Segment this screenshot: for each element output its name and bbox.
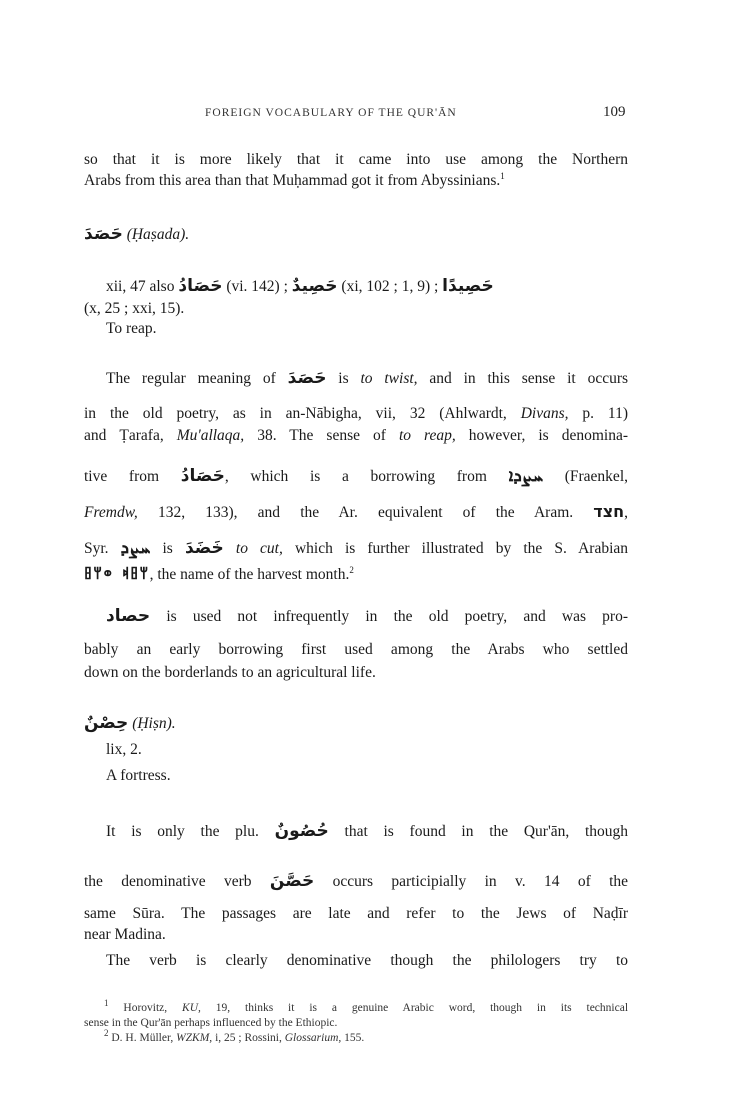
entry-gloss: To reap. xyxy=(106,319,650,339)
text-span: The regular meaning of xyxy=(106,370,276,387)
paragraph-line: 𐩢𐩳𐩵 𐩥𐩢𐩳, the name of the harvest month.2 xyxy=(84,565,628,585)
page-number: 109 xyxy=(603,104,626,121)
intro-line-2: Arabs from this area than that Muḥammad … xyxy=(84,171,628,191)
paragraph-line: حصاد is used not infrequently in the old… xyxy=(106,606,628,627)
text-span: and in this sense it occurs xyxy=(429,370,628,387)
entry-references: lix, 2. xyxy=(106,740,650,760)
text-span: which is further illustrated by the S. A… xyxy=(295,540,628,557)
footnote-2: 2 D. H. Müller, WZKM, i, 25 ; Rossini, G… xyxy=(104,1031,648,1045)
text-span: حَصَادُ xyxy=(178,276,222,296)
paragraph-line: in the old poetry, as in an-Nābigha, vii… xyxy=(84,404,628,424)
text-span: حَصَادُ xyxy=(181,466,225,486)
text-span: is xyxy=(338,370,348,387)
headword-transliteration: (Ḥaṣada). xyxy=(127,226,189,243)
text-span: 38. The sense of xyxy=(257,427,386,444)
text-span: 2 xyxy=(104,1028,109,1038)
paragraph-line: the denominative verb حَصَّنَ occurs par… xyxy=(84,871,628,892)
text-span: occurs participially in v. 14 of the xyxy=(333,873,628,890)
paragraph-line: and Ṭarafa, Mu'allaqa, 38. The sense of … xyxy=(84,426,628,446)
entry-gloss: A fortress. xyxy=(106,766,650,786)
text-span: حصاد xyxy=(106,606,150,626)
text-span: حَصِيدٌ xyxy=(292,276,338,296)
text-span: in the old poetry, as in an-Nābigha, vii… xyxy=(84,405,507,422)
paragraph-line: The regular meaning of حَصَدَ is to twis… xyxy=(106,368,628,389)
text-span: It is only the plu. xyxy=(106,823,259,840)
paragraph-line: Fremdw, 132, 133), and the Ar. equivalen… xyxy=(84,502,628,523)
text-span: KU, xyxy=(182,1002,201,1014)
text-span: ܚܨܕ xyxy=(121,538,151,558)
text-span: 19, thinks it is a genuine Arabic word, … xyxy=(216,1002,628,1014)
paragraph-line: near Madina. xyxy=(84,925,628,945)
headword-arabic: حِصْنٌ xyxy=(84,713,128,733)
book-page: FOREIGN VOCABULARY OF THE QUR'ĀN 109 so … xyxy=(0,0,735,1104)
text-span: (xi, 102 ; 1, 9) ; xyxy=(341,278,438,295)
footnote-1-cont: sense in the Qur'ān perhaps influenced b… xyxy=(84,1016,628,1030)
text-span: to twist, xyxy=(360,370,417,387)
entry-headword: حَصَدَ (Ḥaṣada). xyxy=(84,224,628,245)
text-span: is used not infrequently in the old poet… xyxy=(166,608,628,625)
text-span: D. H. Müller, xyxy=(111,1032,173,1044)
text-span: , the name of the harvest month. xyxy=(150,566,350,583)
text-span: is xyxy=(163,540,173,557)
text-span: tive from xyxy=(84,468,159,485)
text-span: Divans, xyxy=(521,405,569,422)
text-span: حَصِيدًا xyxy=(442,276,494,296)
text-span: WZKM, xyxy=(176,1032,212,1044)
text-span: Fremdw, xyxy=(84,504,138,521)
text-span: 1 xyxy=(104,998,109,1008)
text-span: 132, 133), and the Ar. equivalent of the… xyxy=(158,504,573,521)
footnote-ref[interactable]: 2 xyxy=(349,565,354,575)
text-span: خَضَدَ xyxy=(185,538,224,558)
text-span: Horovitz, xyxy=(123,1002,167,1014)
headword-transliteration: (Ḥiṣn). xyxy=(132,715,175,732)
text-span: 155. xyxy=(344,1032,364,1044)
text-span: Mu'allaqa, xyxy=(177,427,244,444)
text-span: حُصُونٌ xyxy=(275,821,329,841)
text-span: to reap, xyxy=(399,427,456,444)
text-span: however, is denomina- xyxy=(469,427,628,444)
paragraph-line: The verb is clearly denominative though … xyxy=(106,951,628,971)
text-span: חצד xyxy=(593,502,624,521)
text-span: p. 11) xyxy=(582,405,628,422)
entry-references: xii, 47 also حَصَادُ (vi. 142) ; حَصِيدٌ… xyxy=(106,276,628,297)
entry-headword: حِصْنٌ (Ḥiṣn). xyxy=(84,713,628,734)
text-span: and Ṭarafa, xyxy=(84,427,164,444)
text-span: so that it is more likely that it came i… xyxy=(84,151,628,168)
text-span: (Fraenkel, xyxy=(565,468,628,485)
text-span: ܚܨܕܐ xyxy=(509,466,544,486)
footnote-1: 1 Horovitz, KU, 19, thinks it is a genui… xyxy=(104,1001,628,1015)
text-span: (vi. 142) ; xyxy=(226,278,288,295)
south-arabian-script: 𐩢𐩳𐩵 𐩥𐩢𐩳 xyxy=(84,567,150,583)
paragraph-line: Syr. ܚܨܕ is خَضَدَ to cut, which is furt… xyxy=(84,538,628,559)
paragraph-line: down on the borderlands to an agricultur… xyxy=(84,663,628,683)
text-span: to cut, xyxy=(236,540,283,557)
intro-line-1: so that it is more likely that it came i… xyxy=(84,150,628,170)
text-span: xii, 47 also xyxy=(106,278,174,295)
text-span: Syr. xyxy=(84,540,109,557)
text-span: Glossarium, xyxy=(285,1032,342,1044)
entry-references-cont: (x, 25 ; xxi, 15). xyxy=(84,299,628,319)
paragraph-line: bably an early borrowing first used amon… xyxy=(84,640,628,660)
text-span: , xyxy=(624,504,628,521)
paragraph-line: tive from حَصَادُ, which is a borrowing … xyxy=(84,466,628,487)
footnote-ref[interactable]: 1 xyxy=(500,171,505,181)
text-span: the denominative verb xyxy=(84,873,252,890)
paragraph-line: It is only the plu. حُصُونٌ that is foun… xyxy=(106,821,628,842)
running-header: FOREIGN VOCABULARY OF THE QUR'ĀN xyxy=(205,107,457,119)
text-span: i, 25 ; Rossini, xyxy=(215,1032,282,1044)
text-span: Arabs from this area than that Muḥammad … xyxy=(84,172,500,189)
text-span: that is found in the Qur'ān, though xyxy=(345,823,629,840)
text-span: حَصَّنَ xyxy=(270,871,314,891)
text-span: , which is a borrowing from xyxy=(225,468,487,485)
headword-arabic: حَصَدَ xyxy=(84,224,123,244)
paragraph-line: same Sūra. The passages are late and ref… xyxy=(84,904,628,924)
text-span: حَصَدَ xyxy=(288,368,327,388)
